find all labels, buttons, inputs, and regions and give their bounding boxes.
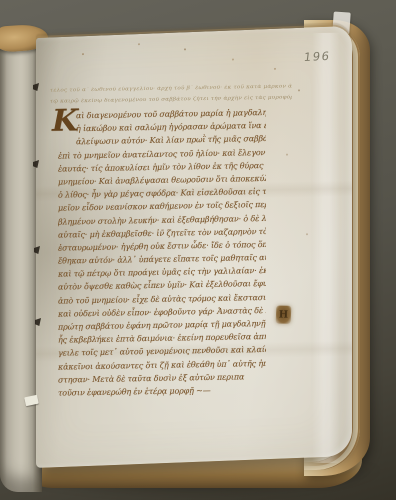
header-annotation-line-1: τέλος τοῦ α΄ ἑωθινοῦ εὐαγγελίου· ἀρχὴ το… (50, 84, 292, 94)
foxing-stains (36, 38, 38, 40)
text-line: τοῦσιν ἐφανερώθη ἐν ἑτέρᾳ μορφῇ ~— (58, 383, 266, 400)
margin-stamp: Η (276, 306, 292, 324)
manuscript-page: 196 τέλος τοῦ α΄ ἑωθινοῦ εὐαγγελίου· ἀρχ… (36, 26, 352, 468)
margin-stamp-letter: Η (279, 309, 289, 320)
header-annotation-line-2: τῷ καιρῷ ἐκείνῳ διαγενομένου τοῦ σαββάτο… (50, 95, 292, 105)
body-text: αὶ διαγενομένου τοῦ σαββάτου μαρία ἡ μαγ… (58, 106, 266, 400)
folio-number: 196 (303, 48, 351, 64)
photo-backdrop: 196 τέλος τοῦ α΄ ἑωθινοῦ εὐαγγελίου· ἀρχ… (0, 0, 396, 500)
page-surface: 196 τέλος τοῦ α΄ ἑωθινοῦ εὐαγγελίου· ἀρχ… (36, 32, 352, 468)
repair-tissue-strip (312, 33, 340, 463)
